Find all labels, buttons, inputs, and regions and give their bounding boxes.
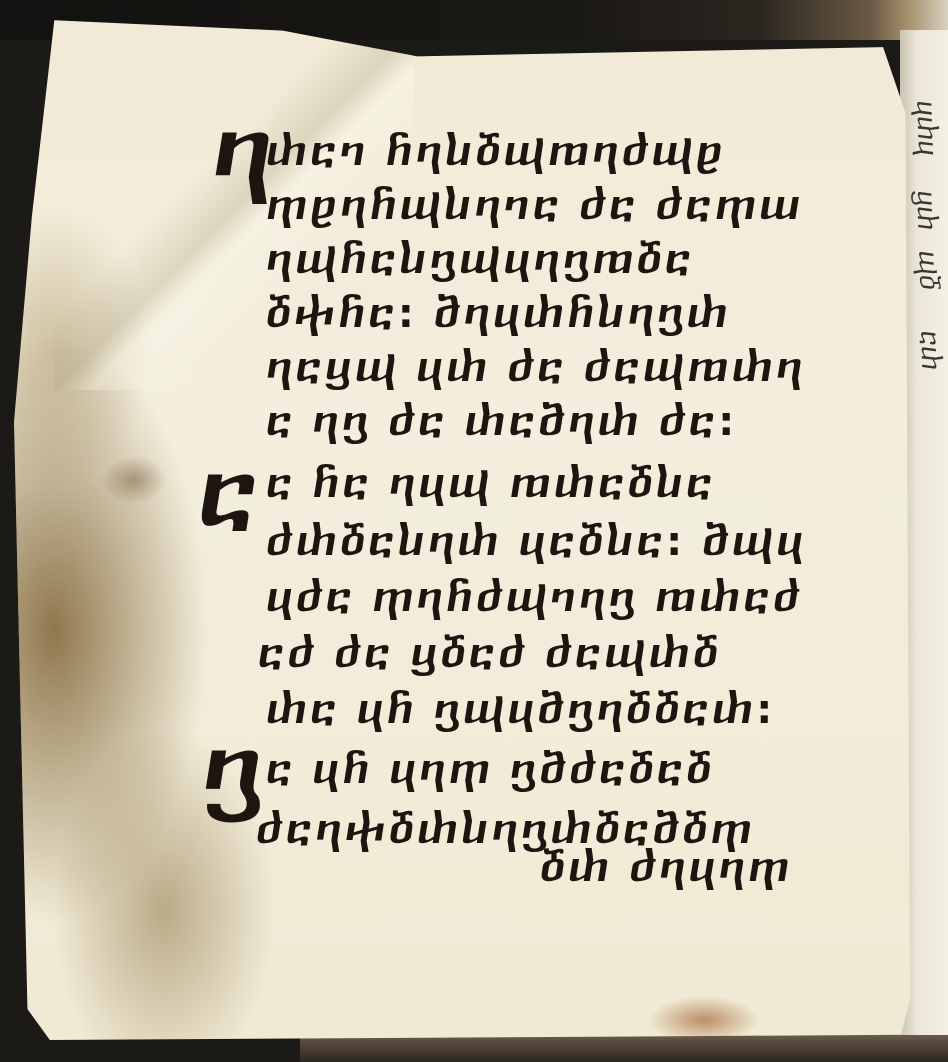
- facing-page-text: ⴁⴐ: [910, 190, 941, 231]
- facing-page-text: ⴀⴐ: [914, 330, 945, 371]
- text-line: ⴐⴀ ⴗⴌ ⴂⴓⴗⴋⴂⴄⴃⴃⴀⴐ:: [266, 686, 775, 734]
- facing-page-text: ⴓⴃ: [912, 250, 943, 291]
- decorated-initial: ⴀ: [198, 448, 259, 540]
- text-line: ⴄⴀⴁⴓ ⴗⴐ ⴛⴀ ⴛⴀⴓⴊⴐⴄ: [266, 344, 805, 392]
- text-line: ⴅⴒⴄⴌⴓⴑⴄⴈⴀ ⴛⴀ ⴛⴀⴅⴍ: [266, 182, 804, 230]
- text-line: ⴀ ⴌⴀ ⴄⴗⴓ ⴊⴐⴀⴃⴑⴀ: [266, 460, 716, 508]
- decorated-initial: ⴂ: [202, 724, 263, 816]
- text-line: ⴃⴕⴌⴀ: ⴋⴄⴗⴐⴌⴑⴄⴂⴐ: [266, 290, 731, 338]
- decorated-initial: ⴄ: [212, 106, 273, 198]
- facing-page-text: ⴗⴐⴗ: [910, 100, 942, 156]
- text-line: ⴄⴓⴌⴀⴑⴂⴓⴗⴄⴂⴊⴃⴀ: [266, 236, 694, 284]
- text-line: ⴀⴛ ⴛⴀ ⴁⴃⴀⴛ ⴛⴀⴓⴐⴃ: [258, 630, 721, 678]
- book-edge: [300, 1035, 948, 1062]
- text-line: ⴃⴐ ⴛⴄⴗⴄⴅ: [540, 844, 792, 892]
- text-line: ⴐⴀⴈ ⴌⴄⴑⴃⴓⴊⴄⴛⴓⴒ: [266, 128, 726, 176]
- text-line: ⴗⴛⴀ ⴅⴄⴌⴛⴓⴈⴄⴂ ⴊⴐⴀⴛ: [266, 574, 803, 622]
- text-line: ⴀ ⴗⴌ ⴗⴄⴅ ⴂⴋⴛⴀⴃⴀⴃ: [266, 746, 714, 794]
- text-line: ⴀ ⴄⴂ ⴛⴀ ⴐⴀⴋⴄⴐ ⴛⴀ:: [266, 398, 737, 446]
- text-line: ⴛⴐⴃⴀⴑⴄⴐ ⴗⴀⴃⴑⴀ: ⴋⴓⴗ: [266, 518, 806, 566]
